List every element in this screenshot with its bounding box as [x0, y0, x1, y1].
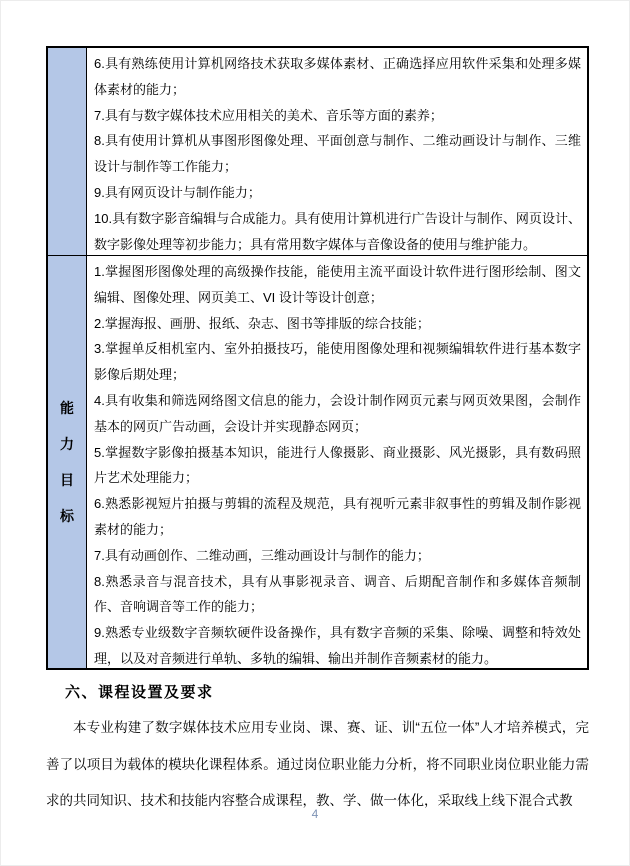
ability-goals-label: 能力目标 [60, 390, 75, 534]
page-number: 4 [1, 807, 629, 821]
body-paragraph: 本专业构建了数字媒体技术应用专业岗、课、赛、证、训“五位一体”人才培养模式，完善… [46, 710, 589, 820]
table-item: 9.具有网页设计与制作能力； [94, 180, 581, 206]
document-page: { "document": { "table": { "rows": [ { "… [0, 0, 630, 866]
goals-table: 6.具有熟练使用计算机网络技术获取多媒体素材、正确选择应用软件采集和处理多媒体素… [46, 46, 589, 670]
table-content-ability-goals: 1.掌握图形图像处理的高级操作技能，能使用主流平面设计软件进行图形绘制、图文编辑… [87, 256, 587, 668]
section-heading: 六、课程设置及要求 [65, 681, 214, 702]
table-content-continued: 6.具有熟练使用计算机网络技术获取多媒体素材、正确选择应用软件采集和处理多媒体素… [87, 48, 587, 255]
table-row-continued: 6.具有熟练使用计算机网络技术获取多媒体素材、正确选择应用软件采集和处理多媒体素… [48, 48, 587, 255]
table-item: 3.掌握单反相机室内、室外拍摄技巧，能使用图像处理和视频编辑软件进行基本数字影像… [94, 336, 581, 388]
table-item: 6.具有熟练使用计算机网络技术获取多媒体素材、正确选择应用软件采集和处理多媒体素… [94, 51, 581, 103]
table-item: 10.具有数字影音编辑与合成能力。具有使用计算机进行广告设计与制作、网页设计、数… [94, 206, 581, 255]
table-item: 1.掌握图形图像处理的高级操作技能，能使用主流平面设计软件进行图形绘制、图文编辑… [94, 259, 581, 311]
table-item: 5.掌握数字影像拍摄基本知识，能进行人像摄影、商业摄影、风光摄影，具有数码照片艺… [94, 440, 581, 492]
table-item: 6.熟悉影视短片拍摄与剪辑的流程及规范，具有视听元素非叙事性的剪辑及制作影视素材… [94, 491, 581, 543]
table-item: 4.具有收集和筛选网络图文信息的能力，会设计制作网页元素与网页效果图，会制作基本… [94, 388, 581, 440]
table-row-ability-goals: 能力目标 1.掌握图形图像处理的高级操作技能，能使用主流平面设计软件进行图形绘制… [48, 255, 587, 668]
table-item: 2.掌握海报、画册、报纸、杂志、图书等排版的综合技能； [94, 311, 581, 337]
table-label-cell-empty [48, 48, 87, 255]
table-item: 8.具有使用计算机从事图形图像处理、平面创意与制作、二维动画设计与制作、三维设计… [94, 128, 581, 180]
table-item: 7.具有与数字媒体技术应用相关的美术、音乐等方面的素养； [94, 103, 581, 129]
table-item: 7.具有动画创作、二维动画，三维动画设计与制作的能力； [94, 543, 581, 569]
ability-goals-label-cell: 能力目标 [48, 256, 87, 668]
table-item: 9.熟悉专业级数字音频软硬件设备操作，具有数字音频的采集、除噪、调整和特效处理，… [94, 620, 581, 668]
table-item: 8.熟悉录音与混音技术，具有从事影视录音、调音、后期配音制作和多媒体音频制作、音… [94, 569, 581, 621]
